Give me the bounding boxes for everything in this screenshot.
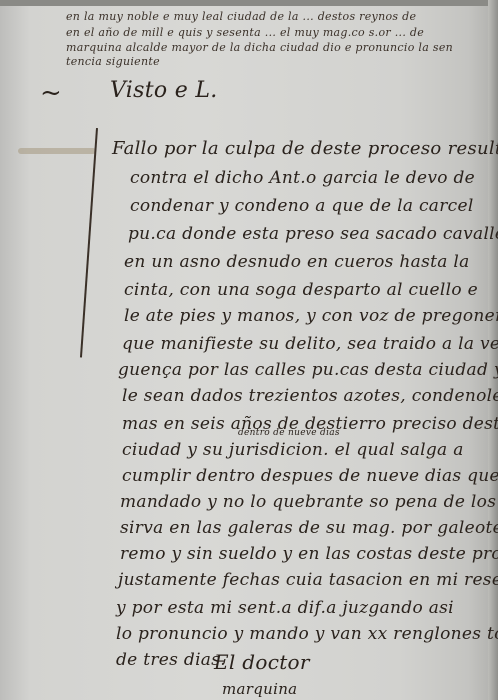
heading-flourish: ~ (40, 78, 62, 108)
header-line: en la muy noble e muy leal ciudad de la … (66, 10, 416, 23)
body-line: justamente fechas cuia tasacion en mi re… (118, 570, 498, 590)
signature-name: marquina (222, 680, 297, 698)
body-line: de tres dias. (116, 650, 226, 670)
manuscript-page: en la muy noble e muy leal ciudad de la … (0, 0, 498, 700)
heading: Visto e L. (110, 78, 218, 103)
body-line: contra el dicho Ant.o garcia le devo de (130, 168, 475, 188)
body-line: en un asno desnudo en cueros hasta la (124, 252, 470, 272)
body-line: le ate pies y manos, y con voz de pregon… (124, 306, 498, 326)
body-line: le sean dados trezientos azotes, condeno… (122, 386, 498, 406)
header-line: tencia siguiente (66, 55, 160, 68)
page-edge (0, 0, 498, 6)
header-line: marquina alcalde mayor de la dicha ciuda… (66, 41, 453, 54)
body-line: cinta, con una soga desparto al cuello e (124, 280, 478, 300)
body-line: sirva en las galeras de su mag. por gale… (120, 518, 498, 538)
body-line: y por esta mi sent.a dif.a juzgando asi (116, 598, 454, 618)
signature-title: El doctor (214, 650, 310, 674)
body-line: guença por las calles pu.cas desta ciuda… (118, 360, 498, 380)
interlinear-note: dentro de nueve dias (238, 428, 340, 438)
margin-rule (80, 128, 98, 358)
body-line: que manifieste su delito, sea traido a l… (122, 334, 498, 354)
header-line: en el año de mill e quis y sesenta ... e… (66, 26, 424, 39)
ink-stain (18, 148, 96, 154)
body-line: cumplir dentro despues de nueve dias que… (122, 466, 498, 486)
body-line: remo y sin sueldo y en las costas deste … (120, 544, 498, 564)
body-line: lo pronuncio y mando y van xx renglones … (116, 624, 498, 644)
body-line: pu.ca donde esta preso sea sacado cavall… (128, 224, 498, 244)
body-line: mandado y no lo quebrante so pena de los (120, 492, 496, 512)
body-line: Fallo por la culpa de deste proceso resu… (112, 138, 498, 159)
body-line: condenar y condeno a que de la carcel (130, 196, 474, 216)
body-line: ciudad y su jurisdicion. el qual salga a (122, 440, 464, 460)
